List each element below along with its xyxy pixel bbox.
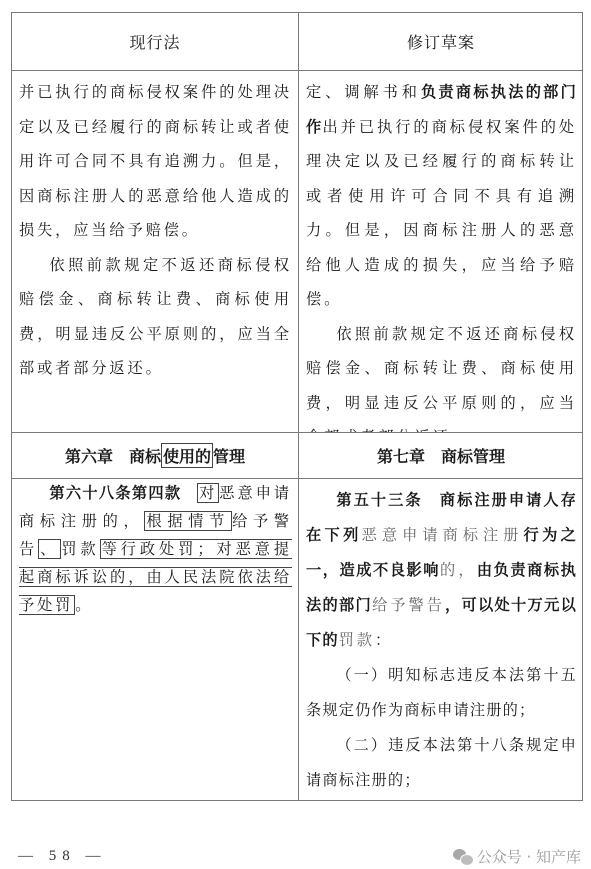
- boxed-text: 根据情节: [144, 511, 232, 531]
- paragraph: 依照前款规定不返还商标侵权赔偿金、商标转让费、商标使用费，明显违反公平原则的，应…: [306, 317, 577, 433]
- list-item: （二）违反本法第十八条规定申请商标注册的；: [306, 728, 577, 798]
- text: 的，: [440, 561, 477, 579]
- text: 罚款: [61, 540, 99, 558]
- header-current-law: 现行法: [12, 13, 298, 70]
- text: 出并已执行的商标侵权案件的处理决定以及已经履行的商标转让或者使用许可合同不具有追…: [306, 118, 577, 309]
- list-item: （一）明知标志违反本法第十五条规定仍作为商标申请注册的；: [306, 658, 577, 728]
- wechat-icon: [453, 849, 473, 865]
- boxed-text: 对: [197, 483, 219, 503]
- paragraph: 定、调解书和负责商标执法的部门作出并已执行的商标侵权案件的处理决定以及已经履行的…: [306, 75, 577, 317]
- boxed-text: 使用的: [161, 443, 213, 468]
- text: 。: [75, 596, 93, 614]
- boxed-text: 、: [38, 539, 61, 559]
- current-law-cell-1: 并已执行的商标侵权案件的处理决定以及已经履行的商标转让或者使用许可合同不具有追溯…: [12, 71, 298, 432]
- revised-draft-cell-2: 第五十三条 商标注册申请人存在下列恶意申请商标注册行为之一，造成不良影响的，由负…: [299, 479, 583, 801]
- article-number: 第六十八条第四款: [49, 484, 181, 502]
- text: 罚款: [339, 631, 375, 649]
- text: 定、调解书和: [306, 83, 421, 101]
- text: 第六章 商标: [65, 444, 161, 467]
- current-law-cell-2: 第六十八条第四款 对恶意申请商标注册的，根据情节给予警告、罚款等行政处罚；对恶意…: [12, 479, 298, 801]
- watermark-text: 公众号 · 知产库: [477, 846, 581, 867]
- text: 恶意申请商标注册: [362, 526, 524, 544]
- header-revised-draft: 修订草案: [299, 13, 583, 70]
- text: 给予警告: [372, 596, 445, 614]
- article-number: 第五十三条: [336, 491, 422, 509]
- watermark: 公众号 · 知产库: [453, 846, 581, 867]
- chapter-revised-draft: 第七章 商标管理: [299, 433, 583, 478]
- paragraph: 第五十三条 商标注册申请人存在下列恶意申请商标注册行为之一，造成不良影响的，由负…: [306, 483, 577, 658]
- page-number: — 58 —: [18, 848, 107, 865]
- comparison-table: 现行法 修订草案 并已执行的商标侵权案件的处理决定以及已经履行的商标转让或者使用…: [11, 12, 583, 801]
- chapter-current-law: 第六章 商标使用的管理: [12, 433, 298, 478]
- paragraph: 依照前款规定不返还商标侵权赔偿金、商标转让费、商标使用费，明显违反公平原则的，应…: [19, 248, 292, 386]
- text: 管理: [213, 444, 245, 467]
- text: ：: [375, 631, 393, 649]
- paragraph: 第六十八条第四款 对恶意申请商标注册的，根据情节给予警告、罚款等行政处罚；对恶意…: [19, 479, 292, 619]
- revised-draft-cell-1: 定、调解书和负责商标执法的部门作出并已执行的商标侵权案件的处理决定以及已经履行的…: [299, 71, 583, 432]
- paragraph: 并已执行的商标侵权案件的处理决定以及已经履行的商标转让或者使用许可合同不具有追溯…: [19, 75, 292, 248]
